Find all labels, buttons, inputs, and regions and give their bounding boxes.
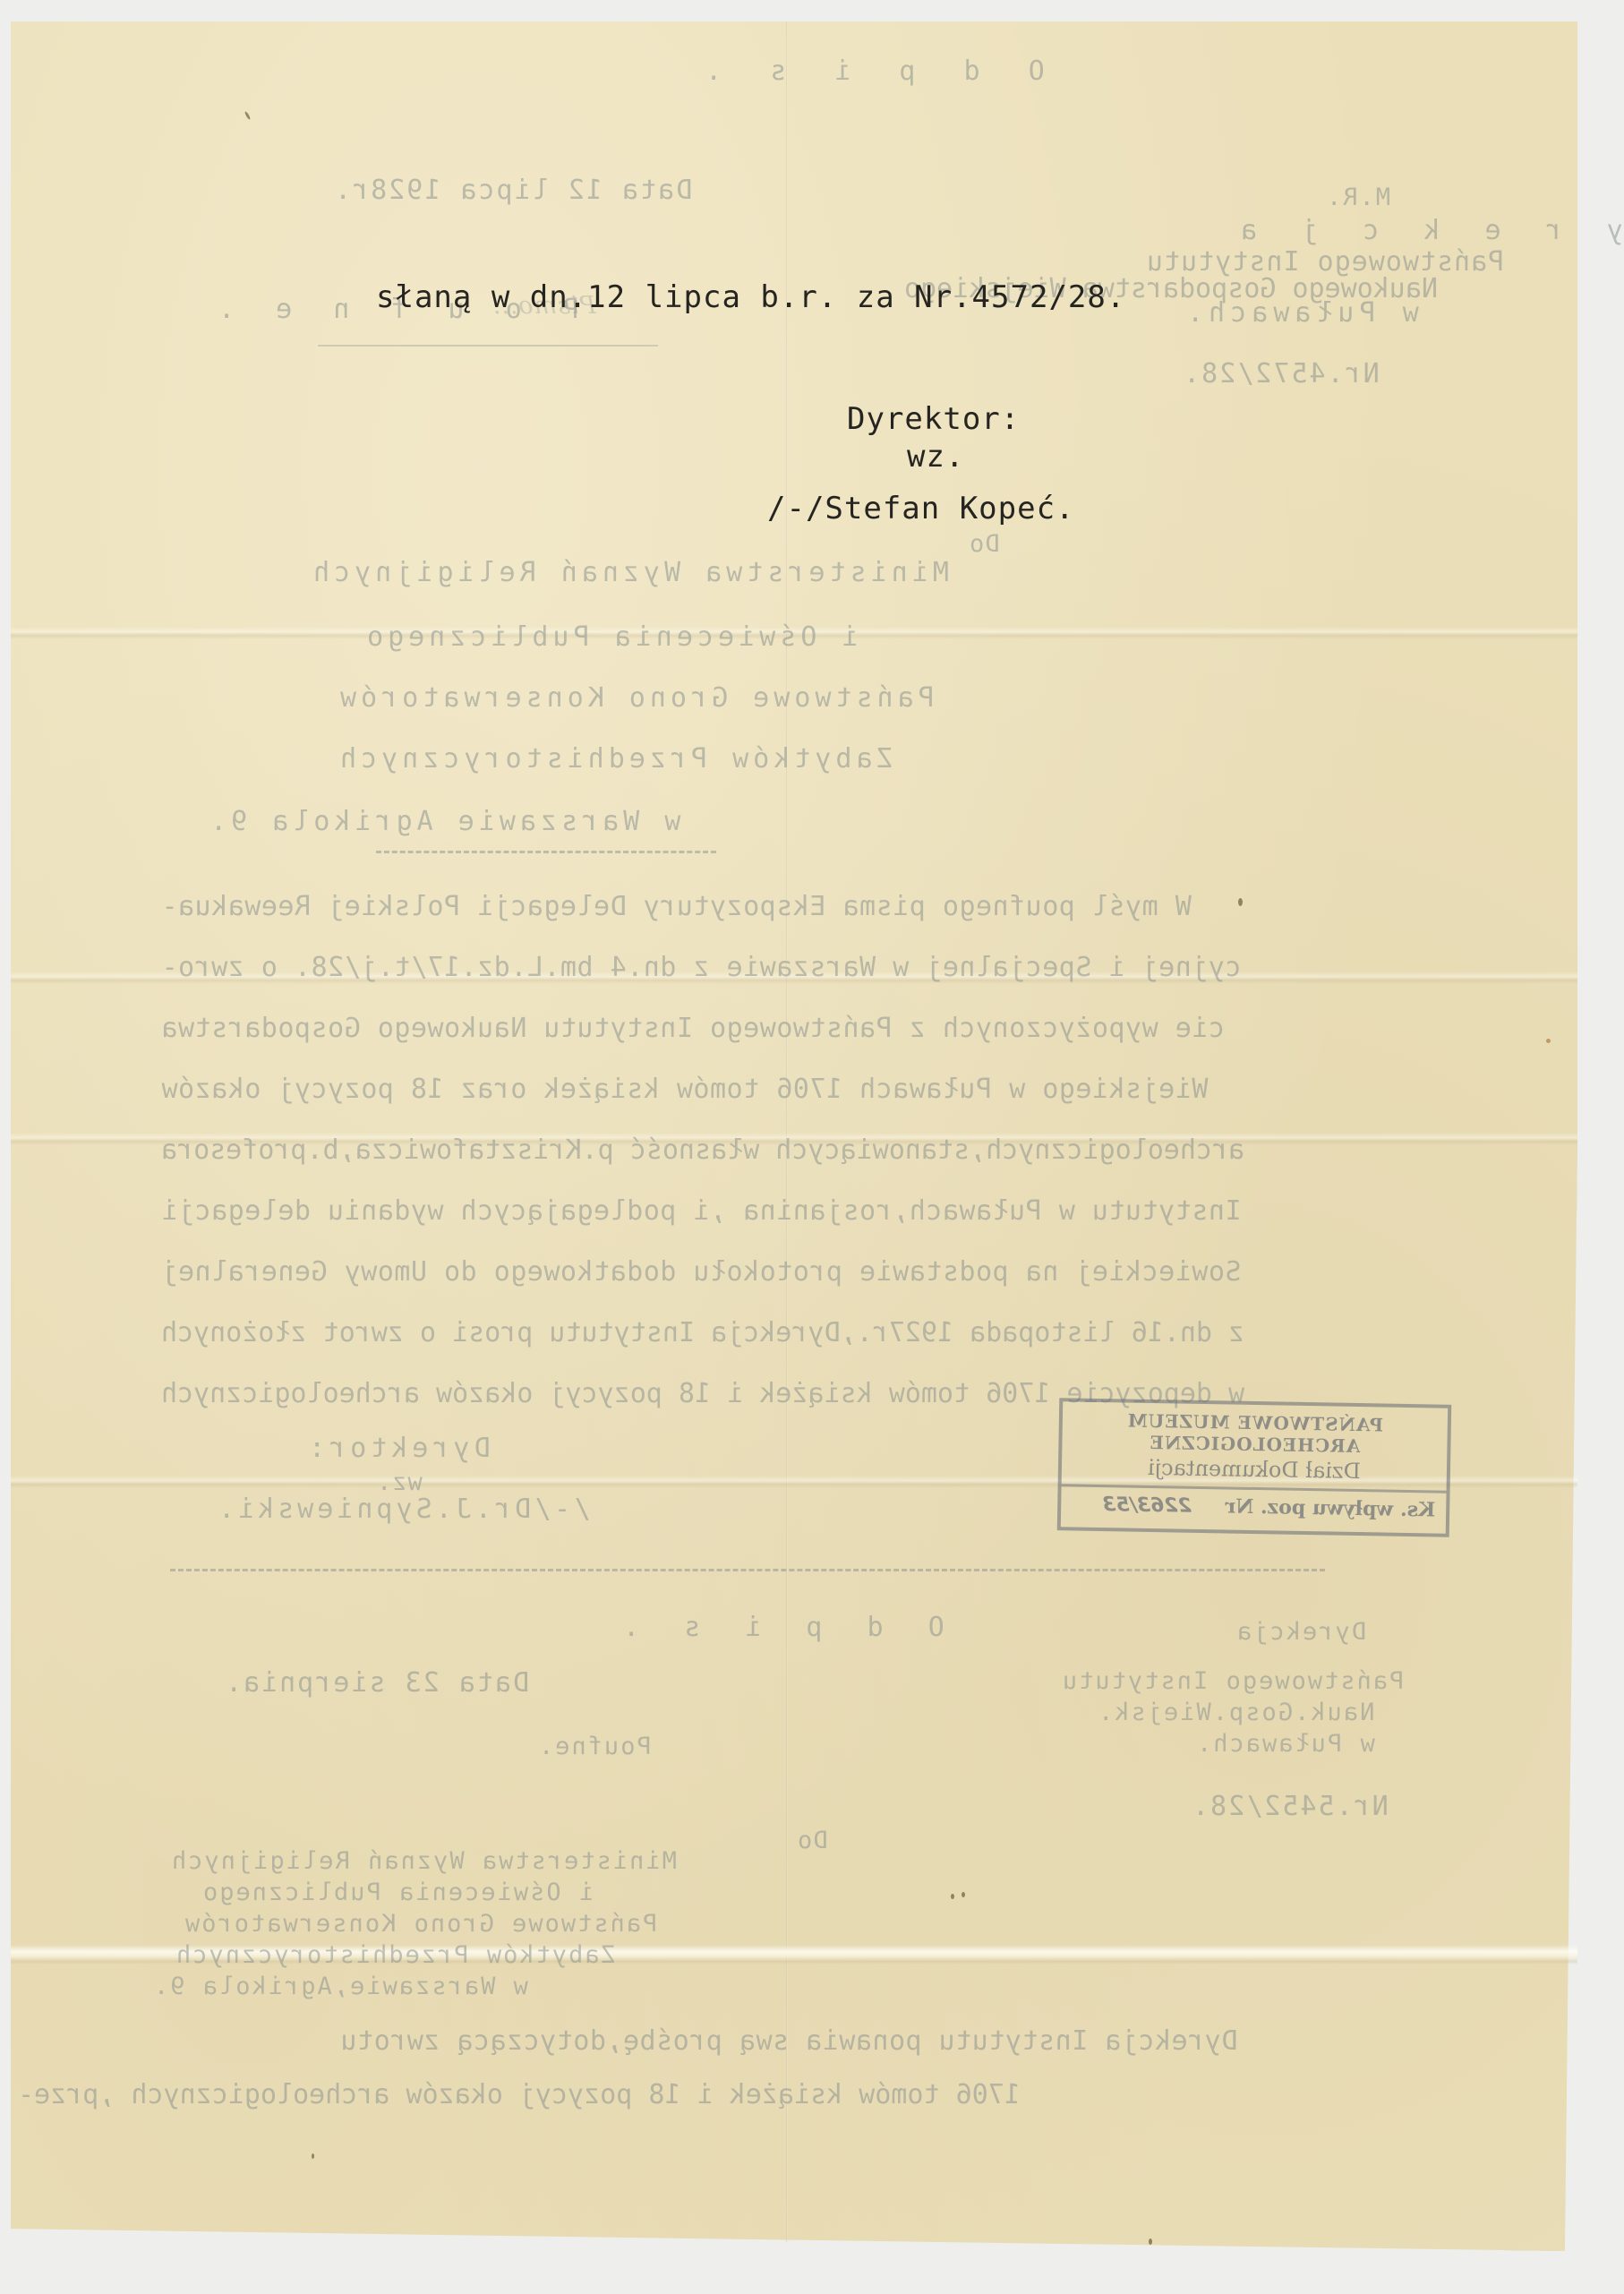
ghost-heading: O d p i s . (609, 1612, 944, 1643)
ghost-body-line: Wiejskiego w Puławach 1706 tomów książek… (161, 1074, 1208, 1105)
ghost-addressee-line: Ministerstwa Wyznań Religijnych (170, 1847, 677, 1875)
ghost-sender-line: w Puławach. (1195, 1730, 1375, 1758)
paper-speck (962, 1892, 965, 1897)
ghost-sender-line: M.R. (1325, 184, 1390, 211)
ghost-addressee-line: Państwowe Grono Konserwatorów (184, 1910, 657, 1938)
ghost-body-line: archeologicznych,stanowiących własność p… (161, 1134, 1244, 1166)
ghost-confidential: Poufne. (537, 1733, 652, 1760)
ghost-reference: Nr.4572/28. (1182, 358, 1380, 389)
ghost-separator (376, 851, 716, 853)
ghost-body-line: z dn.16 listopada 1927r.,Dyrekcja Instyt… (161, 1317, 1244, 1348)
ghost-body-line: W myśl poufnego pisma Ekspozytury Delega… (161, 891, 1192, 922)
signature-abbrev: wz. (907, 439, 964, 475)
ghost-body-line: Dyrekcja Instytutu ponawia swą prośbę,do… (340, 2025, 1237, 2057)
paper-speck (1238, 898, 1243, 906)
signature-name: /-/Stefan Kopeć. (767, 491, 1075, 526)
ghost-to-label: Do (969, 530, 1000, 558)
ghost-underline (318, 345, 658, 347)
ghost-date: Data 12 lipca 1928r. (333, 175, 692, 206)
ghost-sender-line: Dyrekcja (1235, 1618, 1366, 1646)
ghost-body-line: cyjnej i Specjalnej w Warszawie z dn.4 b… (161, 952, 1242, 983)
ghost-addressee-line: i Oświecenia Publicznego (201, 1879, 594, 1906)
ghost-reference: Nr.5452/28. (1191, 1791, 1389, 1822)
stamp-department: Dział Dokumentacji (1062, 1453, 1447, 1485)
ghost-signature-abbrev: wz. (376, 1468, 423, 1496)
ghost-signature-name: /-/Dr.J.Sypniewski. (215, 1494, 590, 1525)
stamp-register-entry: Ks. wpływu poz. Nr 2263/53 (1061, 1492, 1446, 1522)
ghost-body-line: 1706 tomów książek i 18 pozycyj okazów a… (18, 2079, 1021, 2110)
paper-speck (951, 1894, 954, 1899)
ghost-body-line: Instytutu w Puławach,rosjanina ,i podleg… (161, 1195, 1242, 1227)
ghost-addressee-line: Zabytków Przedhistorycznych (336, 743, 893, 775)
ghost-addressee-line: Państwowe Grono Konserwatorów (336, 682, 935, 714)
ghost-addressee-line: i Oświecenia Publicznego (363, 621, 858, 653)
ghost-sender-line: D y r e k c j a (1227, 215, 1624, 246)
archive-stamp: PAŃSTWOWE MUZEUM ARCHEOLOGICZNE Dział Do… (1057, 1398, 1452, 1537)
signature-title: Dyrektor: (847, 401, 1020, 437)
ghost-body-line: cie wypożyczonych z Państwowego Instytut… (161, 1013, 1225, 1044)
ghost-sender-line: Nauk.Gosp.Wiejsk. (1097, 1699, 1374, 1726)
paper-speck (1149, 2238, 1152, 2245)
stamp-institution: PAŃSTWOWE MUZEUM ARCHEOLOGICZNE (1062, 1408, 1448, 1458)
paper-stain (1546, 1039, 1551, 1043)
stamp-register-label: Ks. wpływu poz. Nr (1225, 1494, 1435, 1521)
ghost-addressee-line: w Warszawie,Agrikola 9. (152, 1973, 528, 2000)
vertical-fold-crease (786, 21, 788, 2242)
ghost-page-separator (170, 1569, 1325, 1571)
ghost-body-line: Sowieckiej na podstawie protokołu dodatk… (161, 1256, 1242, 1288)
ghost-addressee-line: w Warszawie Agrikola 9. (206, 806, 680, 837)
ghost-signature-title: Dyrektor: (304, 1433, 491, 1464)
ghost-addressee-line: Zabytków Przedhistorycznych (175, 1941, 616, 1969)
ghost-date: Data 23 sierpnia. (224, 1667, 529, 1699)
dispatch-note: słaną w dn.12 lipca b.r. za Nr.4572/28. (376, 279, 1125, 315)
ghost-heading: O d p i s . (689, 56, 1045, 87)
ghost-to-label: Do (797, 1827, 828, 1854)
ghost-sender-line: Państwowego Instytutu (1061, 1667, 1404, 1695)
ghost-addressee-line: Ministerstwa Wyznań Religijnych (309, 557, 949, 588)
ghost-sender-line: w Puławach. (1182, 297, 1419, 329)
stamp-divider (1062, 1484, 1447, 1494)
paper-speck (312, 2153, 314, 2159)
stamp-register-number: 2263/53 (1102, 1494, 1192, 1518)
